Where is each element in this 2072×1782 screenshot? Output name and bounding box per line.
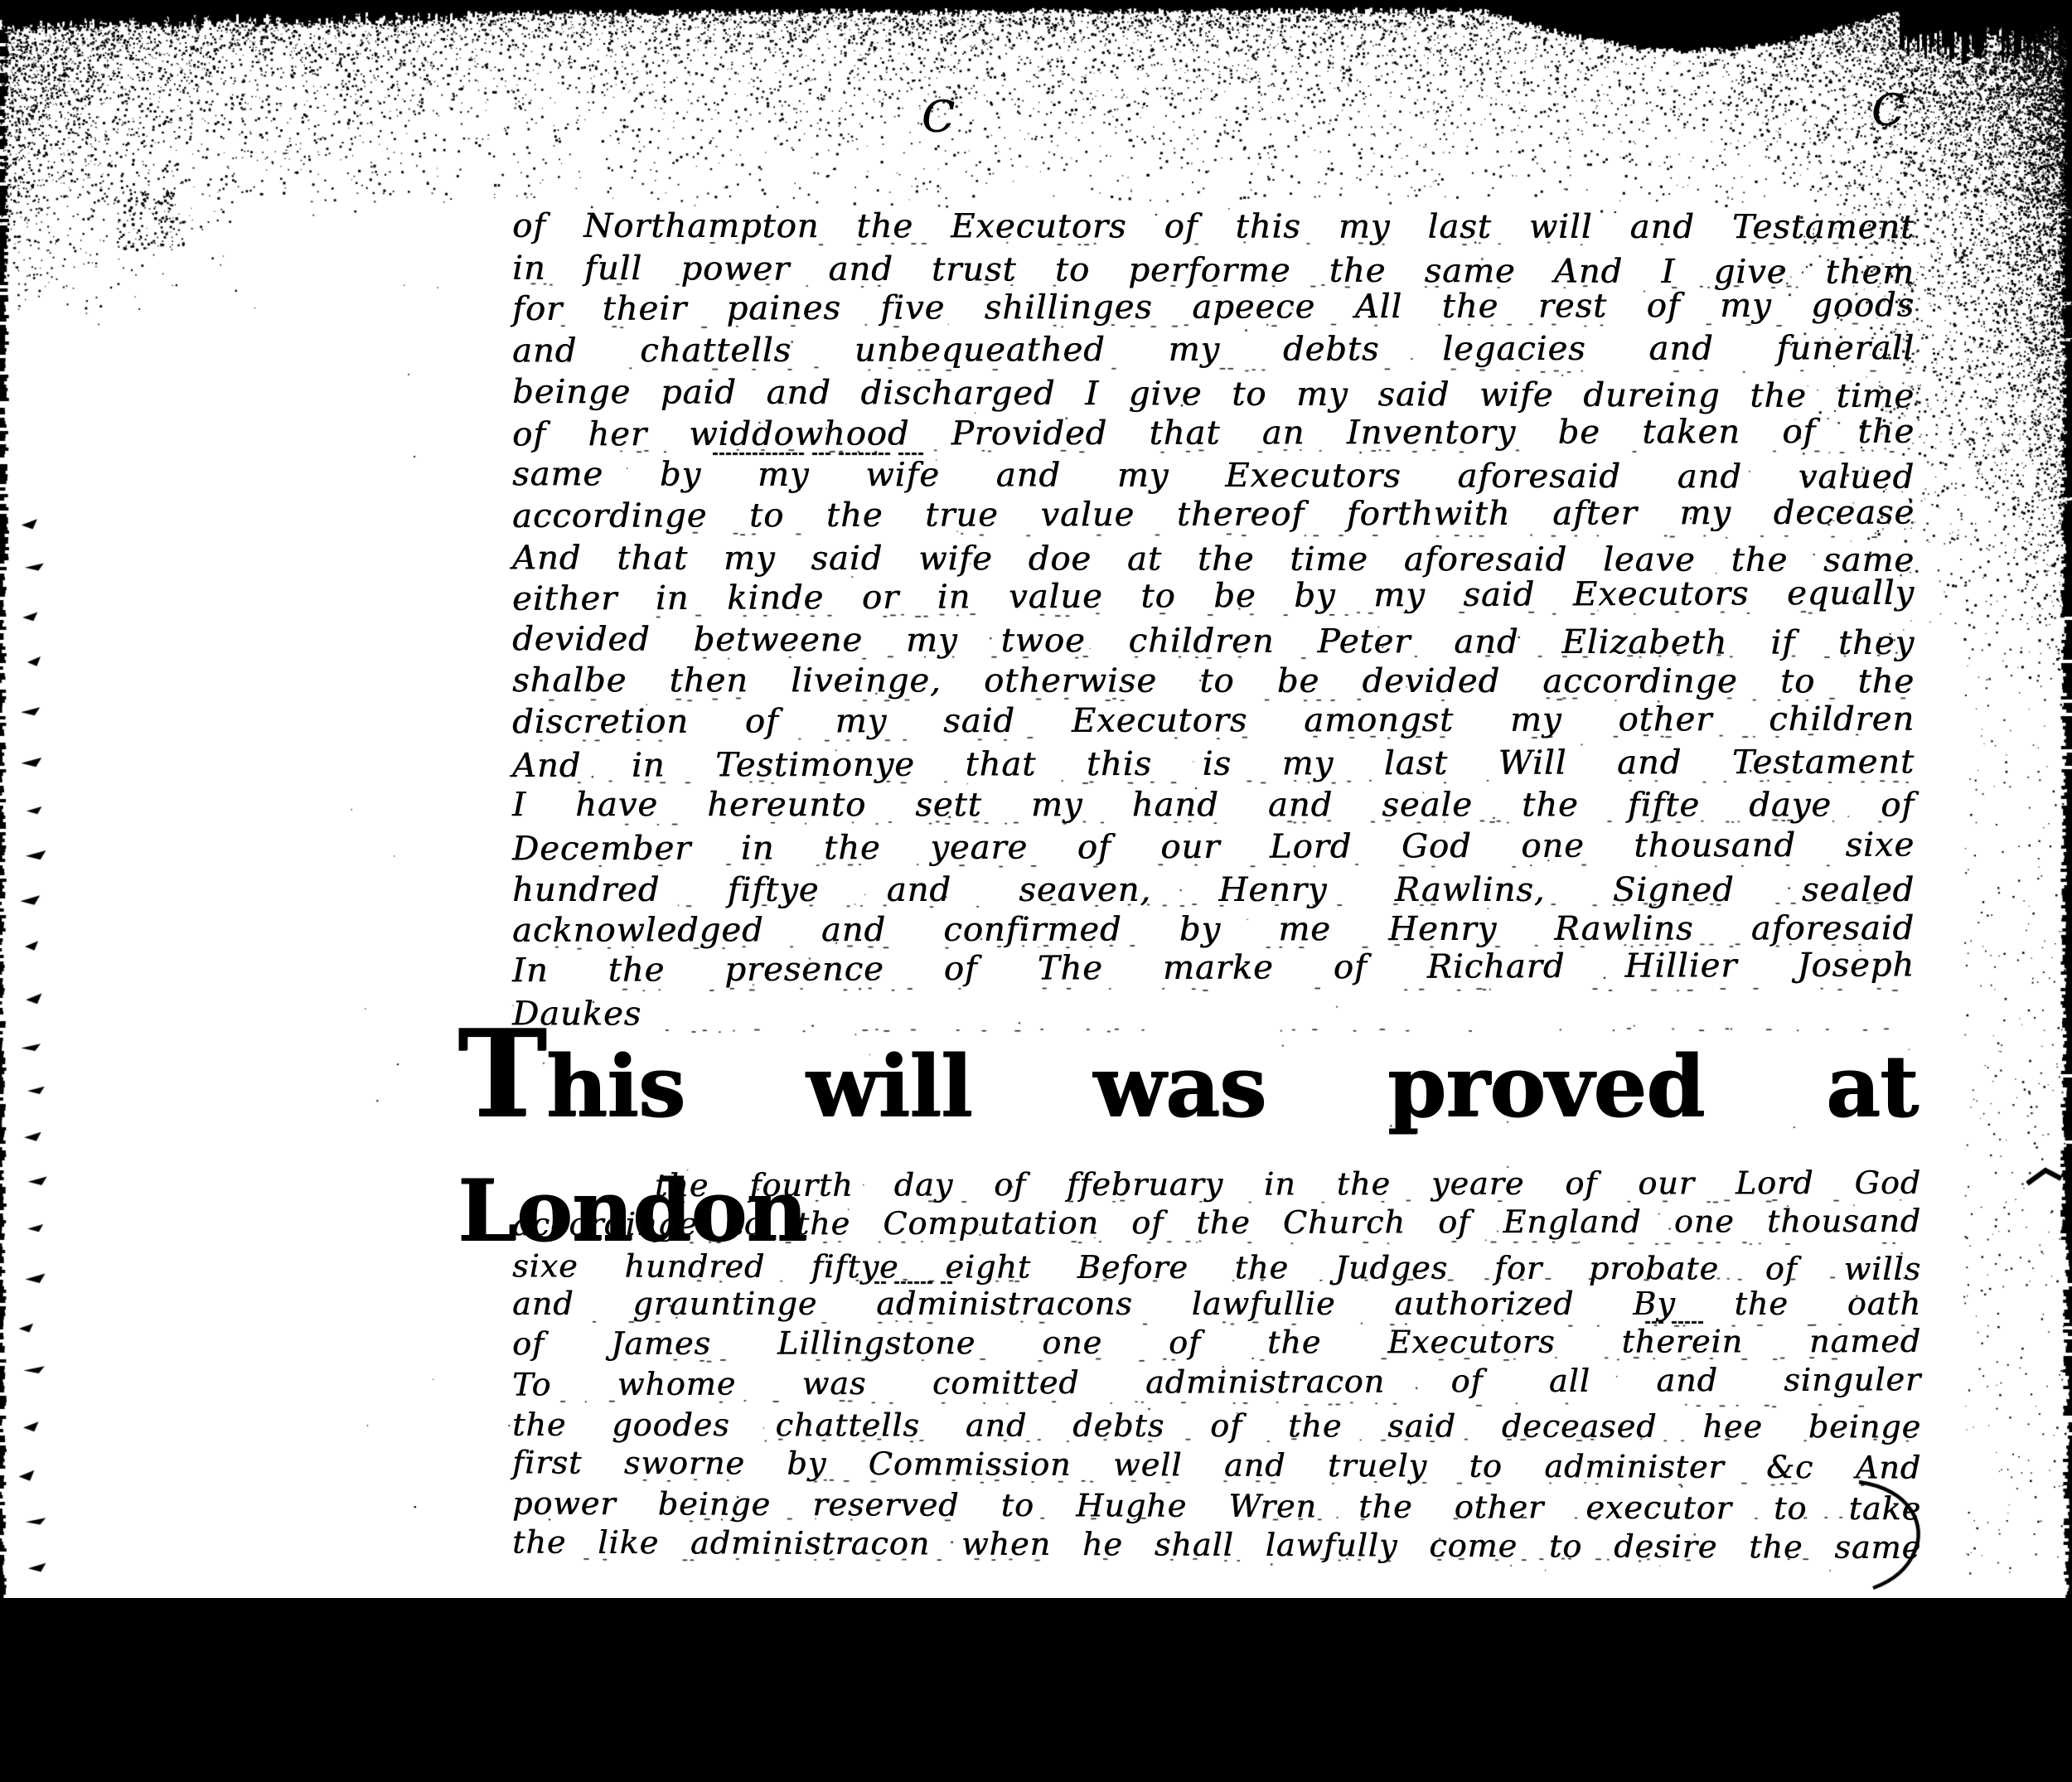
manuscript-line: discretion of my said Executors amongst …	[512, 699, 1915, 743]
manuscript-line: the like administracon when he shall law…	[512, 1523, 1921, 1568]
manuscript-line: and chattells unbequeathed my debts lega…	[512, 327, 1915, 371]
manuscript-line: same by my wife and my Executors aforesa…	[512, 453, 1915, 498]
pen-catchmark: C	[1871, 86, 1905, 136]
manuscript-line: of her widdowhood Provided that an Inven…	[512, 411, 1915, 456]
manuscript-line: power beinge reserved to Hughe Wren the …	[512, 1484, 1921, 1529]
manuscript-line: sixe hundred fiftye eight Before the Jud…	[512, 1246, 1921, 1289]
probate-text-block: the fourth day of ffebruary in the yeare…	[512, 1165, 1921, 1563]
manuscript-line: To whome was comitted administracon of a…	[512, 1359, 1921, 1404]
scanner-bottom-band	[0, 1598, 2072, 1782]
manuscript-line: December in the yeare of our Lord God on…	[512, 825, 1915, 870]
manuscript-line: the fourth day of ffebruary in the yeare…	[512, 1163, 1921, 1206]
manuscript-line: beinge paid and discharged I give to my …	[512, 371, 1915, 417]
manuscript-line: accordinge to the Computation of the Chu…	[512, 1201, 1921, 1244]
manuscript-line: devided betweene my twoe children Peter …	[512, 618, 1915, 664]
manuscript-page: CC of Northampton the Executors of this …	[0, 0, 2072, 1782]
manuscript-line: of James Lillingstone one of the Executo…	[512, 1321, 1921, 1363]
will-text-block: of Northampton the Executors of this my …	[512, 206, 1915, 1034]
manuscript-line: the goodes chattells and debts of the sa…	[512, 1405, 1921, 1447]
manuscript-line: And in Testimonye that this is my last W…	[512, 741, 1915, 787]
manuscript-line: accordinge to the true value thereof for…	[512, 492, 1915, 537]
manuscript-line: hundred fiftye and seaven, Henry Rawlins…	[512, 869, 1915, 911]
pen-catchmark: C	[922, 93, 955, 143]
probate-heading: This will was proved at London	[457, 1024, 1918, 1160]
manuscript-line: first sworne by Commission well and true…	[512, 1442, 1921, 1487]
manuscript-line: I have hereunto sett my hand and seale t…	[512, 784, 1915, 826]
manuscript-line: In the presence of The marke of Richard …	[512, 944, 1915, 991]
manuscript-line: of Northampton the Executors of this my …	[512, 206, 1915, 249]
manuscript-line: for their paines five shillinges apeece …	[512, 284, 1915, 330]
manuscript-line: and grauntinge administracons lawfullie …	[512, 1284, 1921, 1324]
manuscript-line: either in kinde or in value to be by my …	[512, 573, 1915, 620]
manuscript-line: shalbe then liveinge, otherwise to be de…	[512, 660, 1915, 702]
